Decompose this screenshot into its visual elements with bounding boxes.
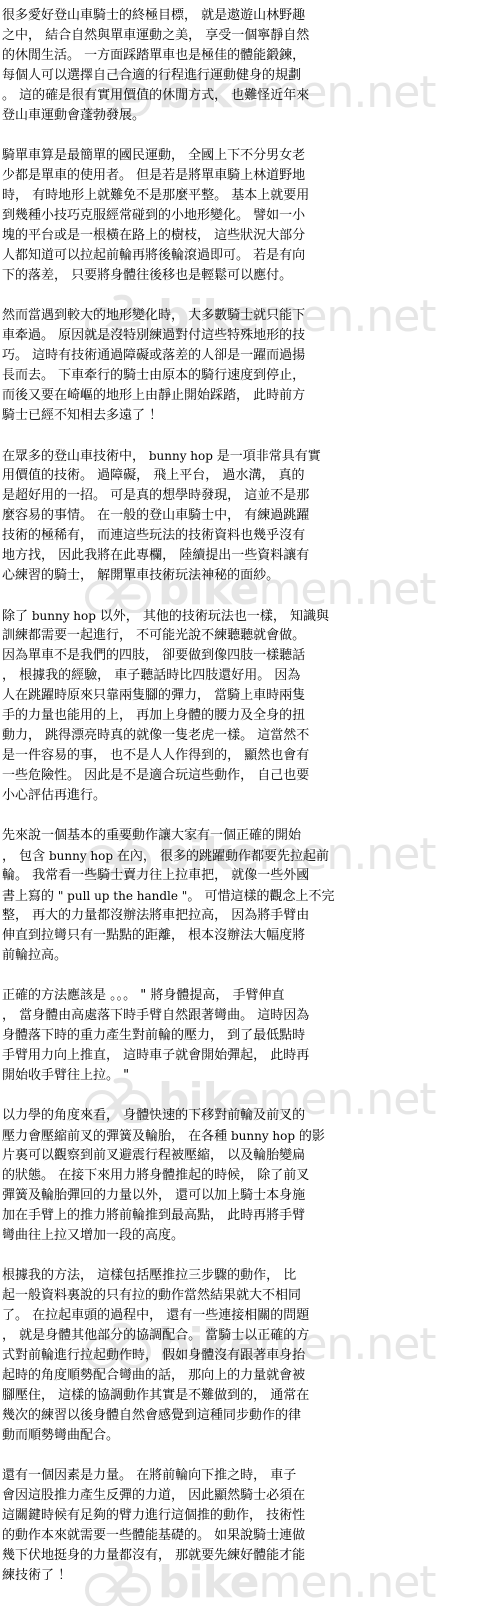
text-line: 塊的平台或是一根橫在路上的樹枝， 這些狀況大部分 — [2, 226, 480, 246]
text-line: 腳壓住， 這樣的協調動作其實是不難做到的， 通常在 — [2, 1386, 480, 1406]
text-line: 巧。 這時有技術通過障礙或落差的人卻是一躍而過揚 — [2, 346, 480, 366]
text-line: 幾次的練習以後身體自然會感覺到這種同步動作的律 — [2, 1406, 480, 1426]
text-line: 小心評估再進行。 — [2, 786, 480, 806]
paragraph-1: 很多愛好登山車騎士的終極目標， 就是遨遊山林野趣之中， 結合自然與單車運動之美，… — [2, 6, 480, 126]
text-line: 除了 bunny hop 以外， 其他的技術玩法也一樣， 知識與 — [2, 606, 480, 626]
text-line: 人都知道可以拉起前輪再將後輪滾過即可。 若是有向 — [2, 246, 480, 266]
text-line: 身體落下時的重力產生對前輪的壓力， 到了最低點時 — [2, 1026, 480, 1046]
text-line: ， 包含 bunny hop 在內， 很多的跳躍動作都要先拉起前 — [2, 846, 480, 866]
paragraph-7: 正確的方法應該是 。。。 " 將身體提高， 手臂伸直， 當身體由高處落下時手臂自… — [2, 986, 480, 1086]
text-line: ， 當身體由高處落下時手臂自然跟著彎曲。 這時因為 — [2, 1006, 480, 1026]
text-line: 地方找， 因此我將在此專欄， 陸續提出一些資料讓有 — [2, 546, 480, 566]
text-line: 會因這股推力產生反彈的力道， 因此顯然騎士必須在 — [2, 1486, 480, 1506]
text-line: 下的落差， 只要將身體往後移也是輕鬆可以應付。 — [2, 266, 480, 286]
text-line: 之中， 結合自然與單車運動之美， 享受一個寧靜自然 — [2, 26, 480, 46]
text-line: 開始收手臂往上拉。 " — [2, 1066, 480, 1086]
text-line: 正確的方法應該是 。。。 " 將身體提高， 手臂伸直 — [2, 986, 480, 1006]
text-line: 練技術了 ！ — [2, 1566, 480, 1586]
text-line: 騎單車算是最簡單的國民運動， 全國上下不分男女老 — [2, 146, 480, 166]
text-line: 在眾多的登山車技術中， bunny hop 是一項非常具有實 — [2, 446, 480, 466]
text-line: 的動作本來就需要一些體能基礎的。 如果說騎士連做 — [2, 1526, 480, 1546]
text-line: 式對前輪進行拉起動作時， 假如身體沒有跟著車身抬 — [2, 1346, 480, 1366]
text-line: 加在手臂上的推力將前輪推到最高點， 此時再將手臂 — [2, 1206, 480, 1226]
text-line: 然而當遇到較大的地形變化時， 大多數騎士就只能下 — [2, 306, 480, 326]
text-line: 手臂用力向上推直， 這時車子就會開始彈起， 此時再 — [2, 1046, 480, 1066]
text-line: 手的力量也能用的上， 再加上身體的腰力及全身的扭 — [2, 706, 480, 726]
text-line: 以力學的角度來看， 身體快速的下移對前輪及前叉的 — [2, 1106, 480, 1126]
text-line: 整， 再大的力量都沒辦法將車把拉高， 因為將手臂由 — [2, 906, 480, 926]
text-line: 這關鍵時候有足夠的臂力進行這個推的動作， 技術性 — [2, 1506, 480, 1526]
text-line: 的狀態。 在接下來用力將身體推起的時候， 除了前叉 — [2, 1166, 480, 1186]
paragraph-9: 根據我的方法， 這樣包括壓推拉三步驟的動作， 比起一般資料裏說的只有拉的動作當然… — [2, 1266, 480, 1446]
text-line: 動力， 跳得漂亮時真的就像一隻老虎一樣。 這當然不 — [2, 726, 480, 746]
text-line: 因為單車不是我們的四肢， 卻要做到像四肢一樣聽話 — [2, 646, 480, 666]
paragraph-3: 然而當遇到較大的地形變化時， 大多數騎士就只能下車牽過。 原因就是沒特別練過對付… — [2, 306, 480, 426]
text-line: 到幾種小技巧克服經常碰到的小地形變化。 譬如一小 — [2, 206, 480, 226]
text-line: 麼容易的事情。 在一般的登山車騎士中， 有練過跳躍 — [2, 506, 480, 526]
text-line: 了。 在拉起車頭的過程中， 還有一些連接相關的問題 — [2, 1306, 480, 1326]
text-line: 人在跳躍時原來只靠兩隻腳的彈力， 當騎上車時兩隻 — [2, 686, 480, 706]
text-line: 車牽過。 原因就是沒特別練過對付這些特殊地形的技 — [2, 326, 480, 346]
text-line: 每個人可以選擇自己合適的行程進行運動健身的規劃 — [2, 66, 480, 86]
text-line: 輪。 我常看一些騎士賣力往上拉車把， 就像一些外國 — [2, 866, 480, 886]
text-line: 彎曲往上拉又增加一段的高度。 — [2, 1226, 480, 1246]
text-line: ， 根據我的經驗， 車子聽話時比四肢還好用。 因為 — [2, 666, 480, 686]
text-line: 前輪拉高。 — [2, 946, 480, 966]
article-body: 很多愛好登山車騎士的終極目標， 就是遨遊山林野趣之中， 結合自然與單車運動之美，… — [0, 0, 480, 1586]
text-line: 起時的角度順勢配合彎曲的話， 那向上的力量就會被 — [2, 1366, 480, 1386]
paragraph-8: 以力學的角度來看， 身體快速的下移對前輪及前叉的壓力會壓縮前叉的彈簧及輪胎， 在… — [2, 1106, 480, 1246]
paragraph-6: 先來說一個基本的重要動作讓大家有一個正確的開始， 包含 bunny hop 在內… — [2, 826, 480, 966]
text-line: 是一件容易的事， 也不是人人作得到的， 顯然也會有 — [2, 746, 480, 766]
text-line: 先來說一個基本的重要動作讓大家有一個正確的開始 — [2, 826, 480, 846]
text-line: 彈簧及輪胎彈回的力量以外， 還可以加上騎士本身施 — [2, 1186, 480, 1206]
text-line: 伸直到拉彎只有一點點的距離， 根本沒辦法大幅度將 — [2, 926, 480, 946]
text-line: 起一般資料裏說的只有拉的動作當然結果就大不相同 — [2, 1286, 480, 1306]
text-line: 很多愛好登山車騎士的終極目標， 就是遨遊山林野趣 — [2, 6, 480, 26]
text-line: 少都是單車的使用者。 但是若是將單車騎上林道野地 — [2, 166, 480, 186]
text-line: 動而順勢彎曲配合。 — [2, 1426, 480, 1446]
paragraph-4: 在眾多的登山車技術中， bunny hop 是一項非常具有實用價值的技術。 過障… — [2, 446, 480, 586]
text-line: 幾下伏地挺身的力量都沒有， 那就要先練好體能才能 — [2, 1546, 480, 1566]
text-line: 心練習的騎士， 解開單車技術玩法神秘的面紗。 — [2, 566, 480, 586]
text-line: 一些危險性。 因此是不是適合玩這些動作， 自己也要 — [2, 766, 480, 786]
text-line: 訓練都需要一起進行， 不可能光說不練聽聽就會做。 — [2, 626, 480, 646]
text-line: 技術的極稀有， 而連這些玩法的技術資料也幾乎沒有 — [2, 526, 480, 546]
text-line: 而後又要在崎嶇的地形上由靜止開始踩踏， 此時前方 — [2, 386, 480, 406]
text-line: 書上寫的 " pull up the handle "。 可惜這樣的觀念上不完 — [2, 886, 480, 906]
text-line: 登山車運動會蓬勃發展。 — [2, 106, 480, 126]
text-line: 時， 有時地形上就難免不是那麼平整。 基本上就要用 — [2, 186, 480, 206]
text-line: 是超好用的一招。 可是真的想學時發現， 這並不是那 — [2, 486, 480, 506]
text-line: 片裏可以觀察到前叉避震行程被壓縮， 以及輪胎變扁 — [2, 1146, 480, 1166]
text-line: 騎士已經不知相去多遠了 ！ — [2, 406, 480, 426]
text-line: ， 就是身體其他部分的協調配合。 當騎士以正確的方 — [2, 1326, 480, 1346]
paragraph-10: 還有一個因素是力量。 在將前輪向下推之時， 車子會因這股推力產生反彈的力道， 因… — [2, 1466, 480, 1586]
text-line: 壓力會壓縮前叉的彈簧及輪胎， 在各種 bunny hop 的影 — [2, 1126, 480, 1146]
text-line: 用價值的技術。 過障礙， 飛上平台， 過水溝， 真的 — [2, 466, 480, 486]
text-line: 還有一個因素是力量。 在將前輪向下推之時， 車子 — [2, 1466, 480, 1486]
paragraph-5: 除了 bunny hop 以外， 其他的技術玩法也一樣， 知識與訓練都需要一起進… — [2, 606, 480, 806]
text-line: 的休閒生活。 一方面踩踏單車也是極佳的體能鍛鍊， — [2, 46, 480, 66]
paragraph-2: 騎單車算是最簡單的國民運動， 全國上下不分男女老少都是單車的使用者。 但是若是將… — [2, 146, 480, 286]
text-line: 根據我的方法， 這樣包括壓推拉三步驟的動作， 比 — [2, 1266, 480, 1286]
text-line: 長而去。 下車牽行的騎士由原本的騎行速度到停止， — [2, 366, 480, 386]
text-line: 。 這的確是很有實用價值的休閒方式， 也難怪近年來 — [2, 86, 480, 106]
